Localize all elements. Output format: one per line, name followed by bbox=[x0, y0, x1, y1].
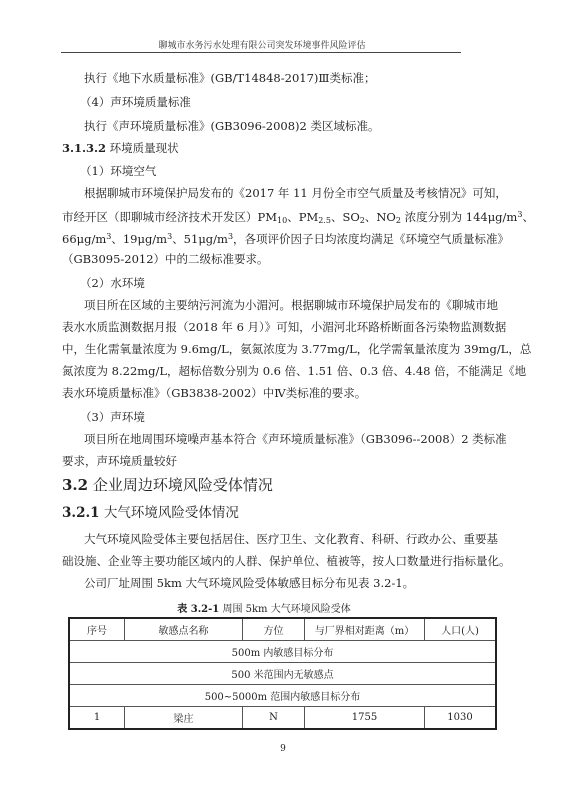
table-cell: 1 bbox=[69, 707, 125, 730]
column-header: 人口(人) bbox=[425, 618, 497, 641]
column-header: 敏感点名称 bbox=[125, 618, 243, 641]
table-cell: N bbox=[243, 707, 305, 730]
paragraph-line: 氮浓度为 8.22mg/L，超标倍数分别为 0.6 倍、1.51 倍、0.3 倍… bbox=[62, 363, 466, 379]
column-header: 方位 bbox=[243, 618, 305, 641]
subheading-noise-standard: （4）声环境质量标准 bbox=[80, 94, 484, 110]
paragraph-line: 中，生化需氧量浓度为 9.6mg/L，氨氮浓度为 3.77mg/L，化学需氧量浓… bbox=[62, 341, 466, 357]
risk-receptor-table: 序号 敏感点名称 方位 与厂界相对距离（m） 人口(人) 500m 内敏感目标分… bbox=[68, 617, 497, 730]
header-divider bbox=[61, 52, 461, 53]
heading-number: 3.1.3.2 bbox=[62, 141, 106, 155]
paragraph-line: 表水环境质量标准》（GB3838-2002）中Ⅳ类标准的要求。 bbox=[62, 385, 466, 401]
table-caption: 表 3.2-1 周围 5km 大气环境风险受体 bbox=[62, 600, 466, 615]
running-header: 聊城市水务污水处理有限公司突发环境事件风险评估 bbox=[62, 38, 462, 51]
table-row: 1 梁庄 N 1755 1030 bbox=[69, 707, 496, 730]
column-header: 与厂界相对距离（m） bbox=[305, 618, 425, 641]
table-cell: 1755 bbox=[305, 707, 425, 730]
page-number: 9 bbox=[0, 744, 566, 754]
paragraph-line: （GB3095-2012）中的二级标准要求。 bbox=[62, 251, 466, 267]
paragraph-line: 项目所在地周围环境噪声基本符合《声环境质量标准》（GB3096--2008）2 … bbox=[84, 431, 488, 447]
heading-text: 环境质量现状 bbox=[106, 141, 179, 155]
heading-number: 3.2 bbox=[62, 476, 88, 494]
paragraph-line: 础设施、企业等主要功能区域内的人群、保护单位、植被等，按人口数量进行指标量化。 bbox=[62, 553, 466, 569]
table-span-row: 500m 内敏感目标分布 bbox=[69, 641, 496, 663]
paragraph-line: 表水水质监测数据月报（2018 年 6 月）》可知，小湄河北环路桥断面各污染物监… bbox=[62, 319, 466, 335]
column-header: 序号 bbox=[69, 618, 125, 641]
subheading-air: （1）环境空气 bbox=[80, 163, 484, 179]
table-span-row: 500 米范围内无敏感点 bbox=[69, 663, 496, 685]
paragraph-line: 项目所在区域的主要纳污河流为小湄河。根据聊城市环境保护局发布的《聊城市地 bbox=[84, 297, 488, 313]
table-cell: 梁庄 bbox=[125, 707, 243, 730]
table-cell: 1030 bbox=[425, 707, 497, 730]
section-heading-3-1-3-2: 3.1.3.2 环境质量现状 bbox=[62, 140, 466, 156]
subheading-water: （2）水环境 bbox=[80, 275, 484, 291]
document-page: 聊城市水务污水处理有限公司突发环境事件风险评估 执行《地下水质量标准》(GB/T… bbox=[0, 0, 566, 800]
heading-number: 3.2.1 bbox=[62, 505, 100, 521]
paragraph-line: 公司厂址周围 5km 大气环境风险受体敏感目标分布见表 3.2-1。 bbox=[84, 575, 488, 591]
paragraph-line: 市经开区（即聊城市经济技术开发区）PM10、PM2.5、SO2、NO2 浓度分别… bbox=[62, 207, 466, 229]
table-span-row: 500~5000m 范围内敏感目标分布 bbox=[69, 685, 496, 707]
table-header-row: 序号 敏感点名称 方位 与厂界相对距离（m） 人口(人) bbox=[69, 618, 496, 641]
section-heading-3-2: 3.2 企业周边环境风险受体情况 bbox=[62, 477, 466, 493]
section-heading-3-2-1: 3.2.1 大气环境风险受体情况 bbox=[62, 505, 466, 521]
paragraph-line: 大气环境风险受体主要包括居住、医疗卫生、文化教育、科研、行政办公、重要基 bbox=[84, 531, 488, 547]
subheading-noise: （3）声环境 bbox=[80, 409, 484, 425]
paragraph-line: 根据聊城市环境保护局发布的《2017 年 11 月份全市空气质量及考核情况》可知… bbox=[84, 185, 488, 201]
heading-text: 企业周边环境风险受体情况 bbox=[88, 476, 273, 494]
paragraph-line: 执行《地下水质量标准》(GB/T14848-2017)Ⅲ类标准； bbox=[84, 70, 488, 86]
heading-text: 大气环境风险受体情况 bbox=[100, 505, 239, 521]
paragraph-line: 66μg/m3、19μg/m3、51μg/m3，各项评价因子日均浓度均满足《环境… bbox=[62, 229, 466, 247]
paragraph-line: 要求，声环境质量较好 bbox=[62, 453, 466, 469]
paragraph-line: 执行《声环境质量标准》(GB3096-2008)2 类区域标准。 bbox=[84, 118, 488, 134]
